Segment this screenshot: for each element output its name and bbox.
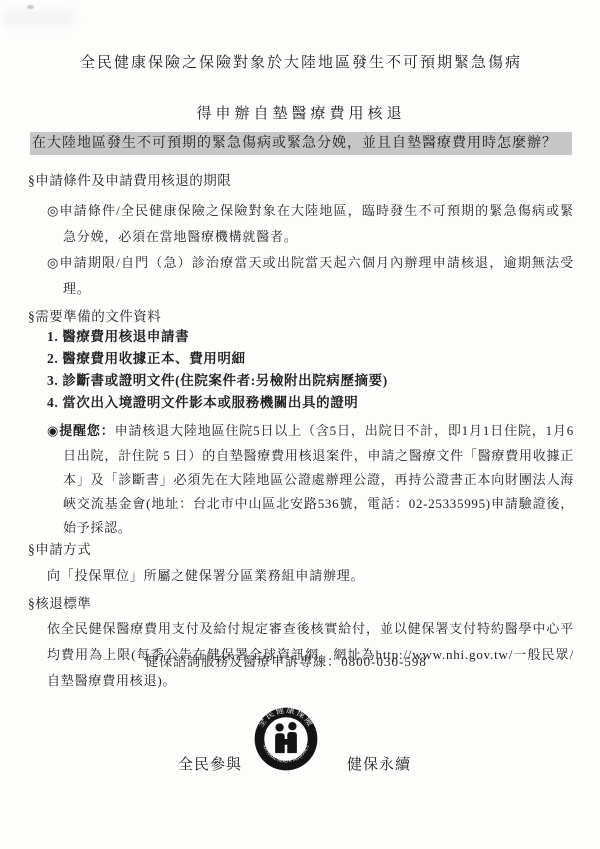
paragraph-application-method: 向「投保單位」所屬之健保署分區業務組申請辦理。 xyxy=(28,563,574,589)
reminder-paragraph: ◉提醒您：申請核退大陸地區住院5日以上（含5日，出院日不計，即1月1日住院，1月… xyxy=(28,419,574,540)
document-body: 全民健康保險之保險對象於大陸地區發生不可預期緊急傷病 得申辦自墊醫療費用核退 在… xyxy=(0,0,600,694)
section-heading-reimbursement-standard: §核退標準 xyxy=(28,594,574,614)
scanned-document-page: 全民健康保險之保險對象於大陸地區發生不可預期緊急傷病 得申辦自墊醫療費用核退 在… xyxy=(0,0,600,849)
paragraph-application-deadline: ◎申請期限/自門（急）診治療當天或出院當天起六個月內辦理申請核退，逾期無法受理。 xyxy=(28,250,574,302)
highlighted-question-banner: 在大陸地區發生不可預期的緊急傷病或緊急分娩，並且自墊醫療費用時怎麼辦？ xyxy=(30,132,572,155)
document-list-item-3: 3. 診斷書或證明文件(住院案件者:另檢附出院病歷摘要) xyxy=(28,370,574,392)
nhi-logo: 全民健康保險 NATIONAL HEALTH INSURANCE xyxy=(254,707,318,771)
service-hotline: 健保諮詢服務及醫療申訴專線：0800-030-598 xyxy=(145,651,427,670)
document-list-item-2: 2. 醫療費用收據正本、費用明細 xyxy=(28,348,574,370)
section-heading-required-documents: §需要準備的文件資料 xyxy=(28,308,574,326)
document-title-line-2: 得申辦自墊醫療費用核退 xyxy=(28,104,574,124)
reminder-label: 提醒您： xyxy=(59,423,114,438)
paragraph-application-condition: ◎申請條件/全民健康保險之保險對象在大陸地區，臨時發生不可預期的緊急傷病或緊急分… xyxy=(28,198,574,250)
document-list-item-4: 4. 當次出入境證明文件影本或服務機關出具的證明 xyxy=(28,392,574,414)
scan-smudge xyxy=(4,10,74,26)
reminder-bullet-icon: ◉ xyxy=(47,424,59,439)
slogan-nhi-sustainability: 健保永續 xyxy=(347,753,411,774)
slogan-public-participation: 全民參與 xyxy=(178,753,242,774)
section-heading-application-conditions: §申請條件及申請費用核退的期限 xyxy=(28,171,574,191)
section-heading-application-method: §申請方式 xyxy=(28,540,574,560)
document-list-item-1: 1. 醫療費用核退申請書 xyxy=(28,326,574,348)
reminder-text: 申請核退大陸地區住院5日以上（含5日，出院日不計，即1月1日住院，1月6日出院，… xyxy=(63,423,574,535)
scan-speck xyxy=(27,5,34,9)
document-title-line-1: 全民健康保險之保險對象於大陸地區發生不可預期緊急傷病 xyxy=(28,53,574,73)
